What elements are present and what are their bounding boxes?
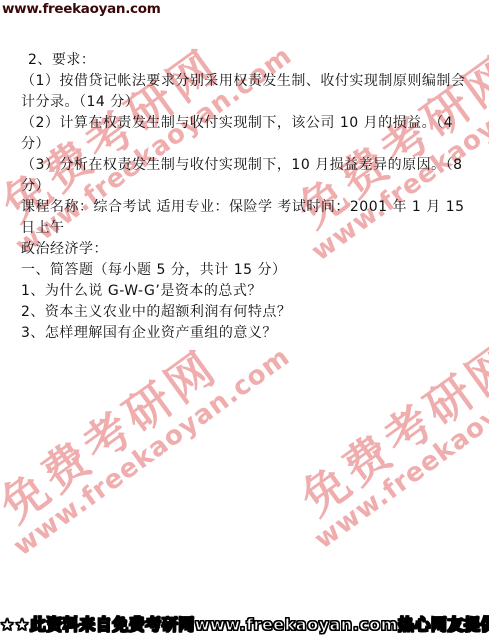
watermark-url-text: www.freekaoyan.com <box>9 351 284 562</box>
watermark-url-text: www.freekaoyan.com <box>310 344 489 555</box>
paragraph-subject-heading: 政治经济学： <box>21 239 475 260</box>
paragraph-question-2: 2、资本主义农业中的超额利润有何特点？ <box>21 302 475 323</box>
paragraph-question-1: 1、为什么说 G-W-G’是资本的总式？ <box>21 281 475 302</box>
site-header-link[interactable]: www.freekaoyan.com <box>2 1 160 17</box>
paragraph-requirement-2: （2）计算在权责发生制与收付实现制下，该公司 10 月的损益。（4分） <box>21 113 475 155</box>
watermark-tile: 免费考研网 www.freekaoyan.com <box>0 312 293 575</box>
paragraph-requirements-heading: 2、要求： <box>21 50 475 71</box>
paragraph-section-heading: 一、简答题（每小题 5 分，共计 15 分） <box>21 260 475 281</box>
watermark-tile: 免费考研网 www.freekaoyan.com <box>282 305 489 568</box>
page: { "header": { "site_url": "www.freekaoya… <box>0 0 489 640</box>
document-body: 2、要求： （1）按借贷记帐法要求分别采用权责发生制、收付实现制原则编制会计分录… <box>0 0 489 344</box>
footer-credit: ★★此资料来自免费考研网www.freekaoyan.com热心网友提供★★ <box>0 612 489 635</box>
paragraph-requirement-3: （3）分析在权责发生制与收付实现制下，10 月损益差异的原因。（8 分） <box>21 155 475 197</box>
paragraph-requirement-1: （1）按借贷记帐法要求分别采用权责发生制、收付实现制原则编制会计分录。（14 分… <box>21 71 475 113</box>
watermark-brand-text: 免费考研网 <box>0 312 268 531</box>
paragraph-question-3: 3、怎样理解国有企业资产重组的意义？ <box>21 323 475 344</box>
paragraph-course-info: 课程名称：综合考试 适用专业：保险学 考试时间：2001 年 1 月 15 日上… <box>21 197 475 239</box>
